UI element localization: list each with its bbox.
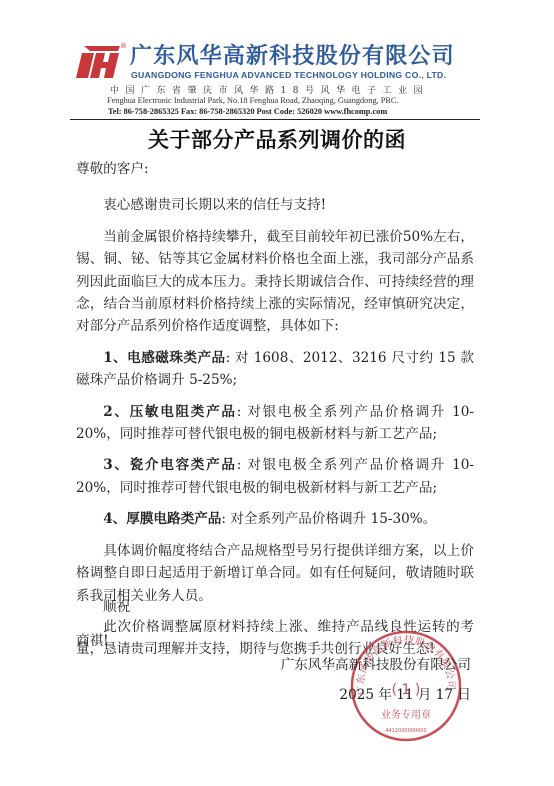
address-en: Fenghua Electronic Industrial Park, No.1… xyxy=(107,96,399,105)
company-logo-icon xyxy=(76,44,120,78)
item-label: 3、瓷介电容类产品 xyxy=(103,457,237,473)
registered-mark: ® xyxy=(120,42,127,50)
item-text: : 对全系列产品价格调升 15-30%。 xyxy=(221,511,436,527)
closing-wish: 顺祝 xyxy=(76,596,130,618)
list-item: 1、电感磁珠类产品: 对 1608、2012、3216 尺寸约 15 款磁珠产品… xyxy=(76,347,474,392)
contact-info: Tel: 86-758-2865325 Fax: 86-758-2865320 … xyxy=(108,107,387,116)
svg-text:4412000000000: 4412000000000 xyxy=(385,728,426,734)
company-name-en: GUANGDONG FENGHUA ADVANCED TECHNOLOGY HO… xyxy=(131,70,446,80)
item-label: 1、电感磁珠类产品 xyxy=(103,350,225,366)
letter-body: 尊敬的客户: 衷心感谢贵司长期以来的信任与支持! 当前金属银价格持续攀升，截至目… xyxy=(76,158,474,670)
signature-date: 2025 年 11 月 17 日 xyxy=(281,680,471,710)
signature-block: 广东风华高新科技股份有限公司 2025 年 11 月 17 日 xyxy=(281,650,471,710)
paragraph-reason: 当前金属银价格持续攀升，截至目前较年初已涨价50%左右，锡、铜、铋、钴等其它金属… xyxy=(76,226,474,338)
closing: 顺祝 商祺! xyxy=(76,596,130,652)
item-label: 4、厚膜电路类产品 xyxy=(103,511,221,527)
list-item: 2、压敏电阻类产品: 对银电极全系列产品价格调升 10-20%，同时推荐可替代银… xyxy=(76,401,474,446)
letterhead: ® 广东风华高新科技股份有限公司 GUANGDONG FENGHUA ADVAN… xyxy=(70,40,490,122)
document-title: 关于部分产品系列调价的函 xyxy=(0,124,554,154)
closing-regards: 商祺! xyxy=(76,630,130,652)
header-divider xyxy=(70,119,480,120)
company-name-cn: 广东风华高新科技股份有限公司 xyxy=(130,45,455,69)
paragraph-details: 具体调价幅度将结合产品规格型号另行提供详细方案，以上价格调整自即日起适用于新增订… xyxy=(76,540,474,607)
signature-company: 广东风华高新科技股份有限公司 xyxy=(281,650,471,680)
paragraph-thanks: 衷心感谢贵司长期以来的信任与支持! xyxy=(76,194,474,216)
list-item: 3、瓷介电容类产品: 对银电极全系列产品价格调升 10-20%，同时推荐可替代银… xyxy=(76,454,474,499)
salutation: 尊敬的客户: xyxy=(76,158,474,180)
item-label: 2、压敏电阻类产品 xyxy=(103,404,237,420)
list-item: 4、厚膜电路类产品: 对全系列产品价格调升 15-30%。 xyxy=(76,508,474,530)
address-cn: 中国广东省肇庆市风华路18号风华电子工业园 xyxy=(110,83,490,96)
